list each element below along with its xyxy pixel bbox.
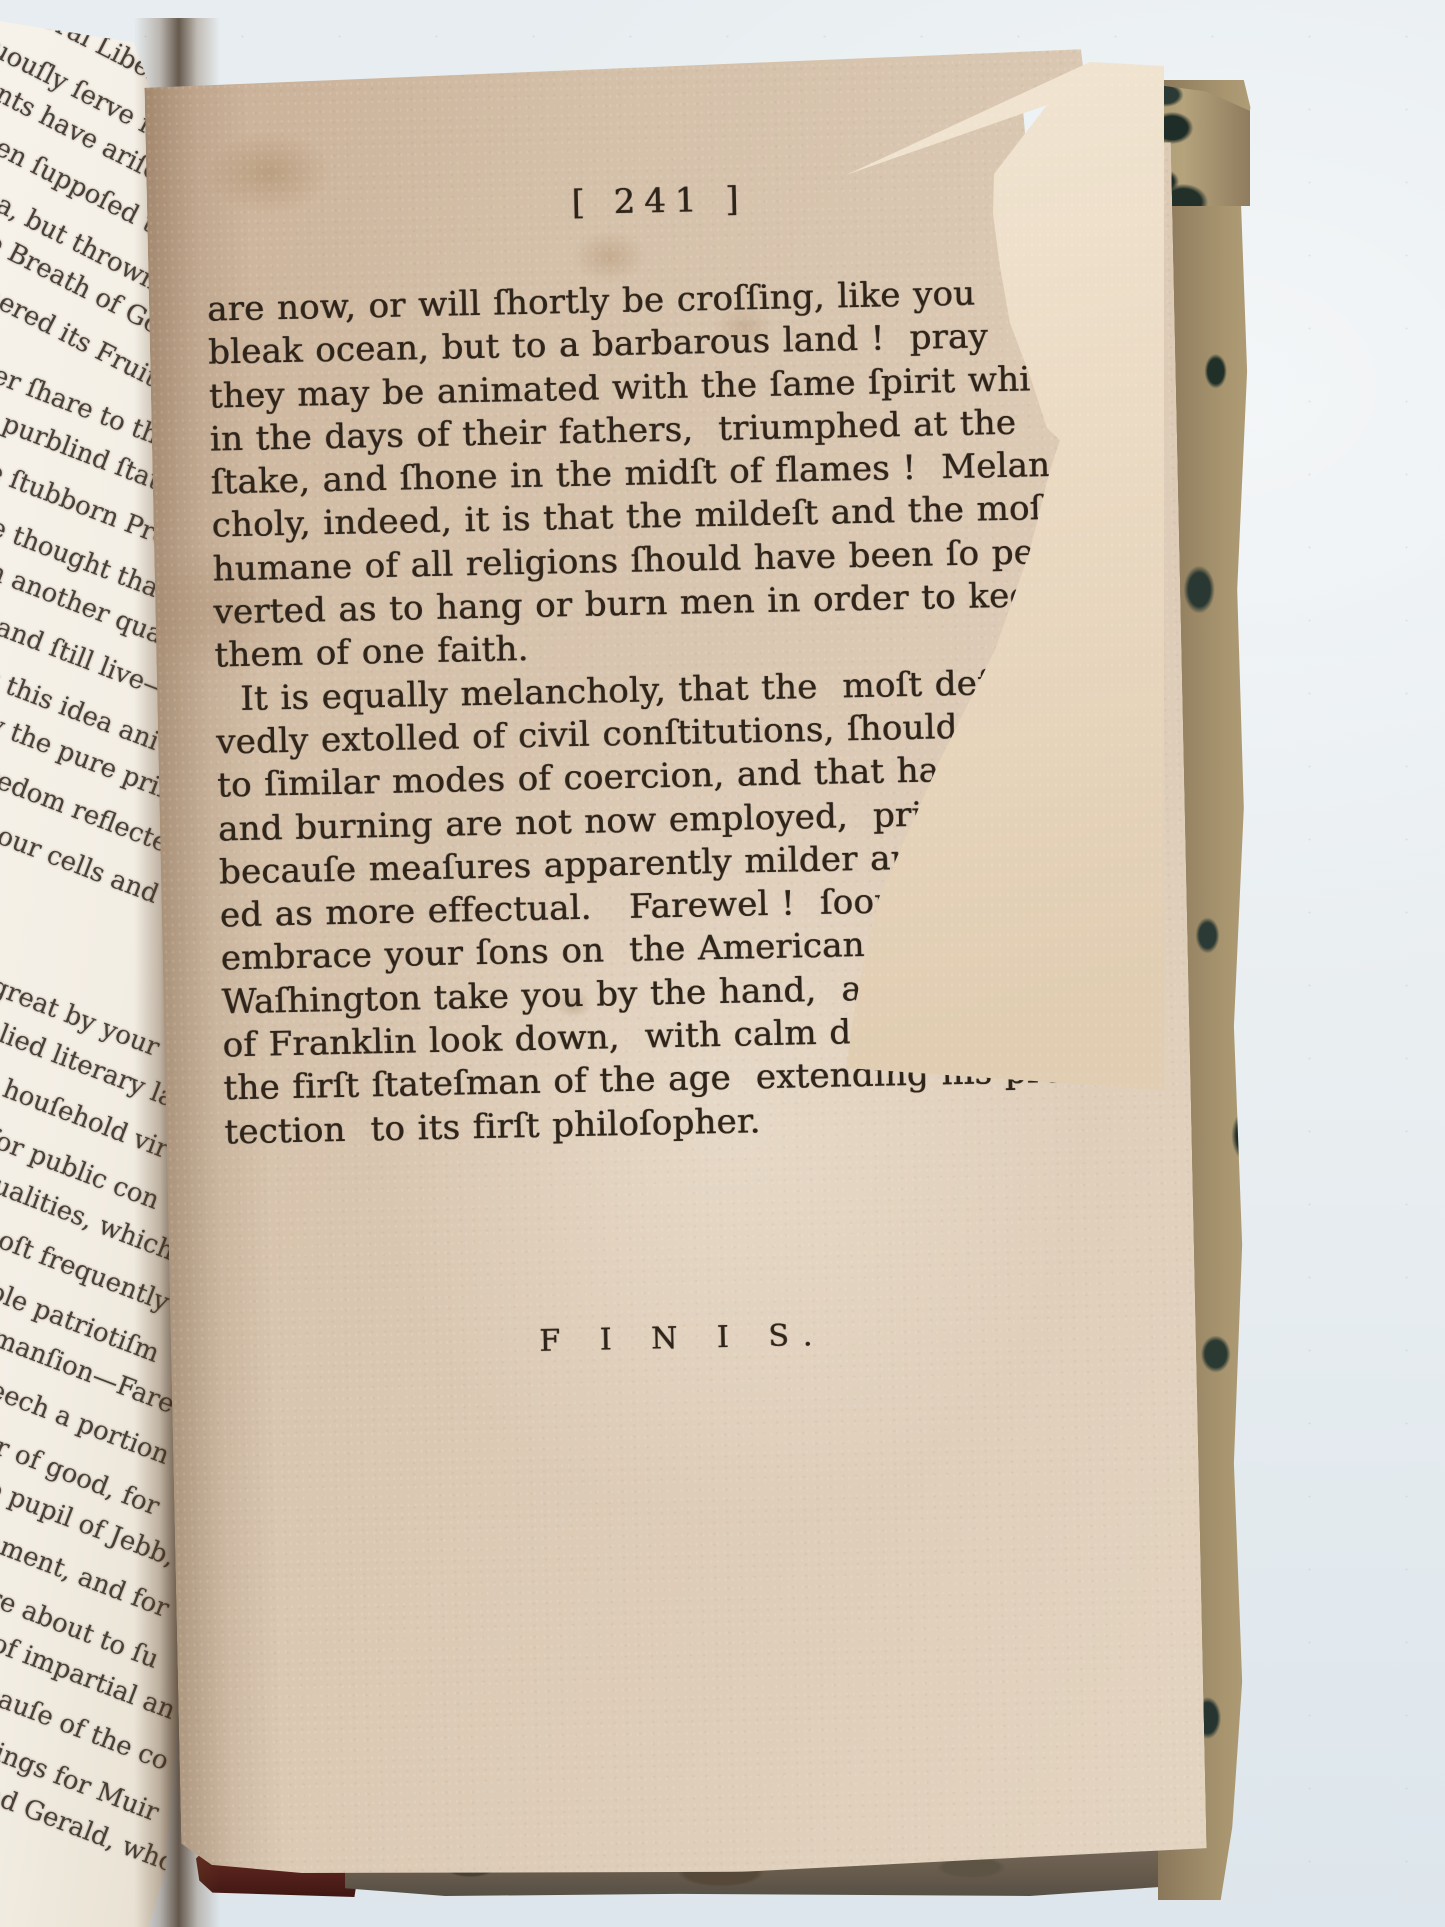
finis-label: F I N I S. (171, 1310, 1197, 1366)
